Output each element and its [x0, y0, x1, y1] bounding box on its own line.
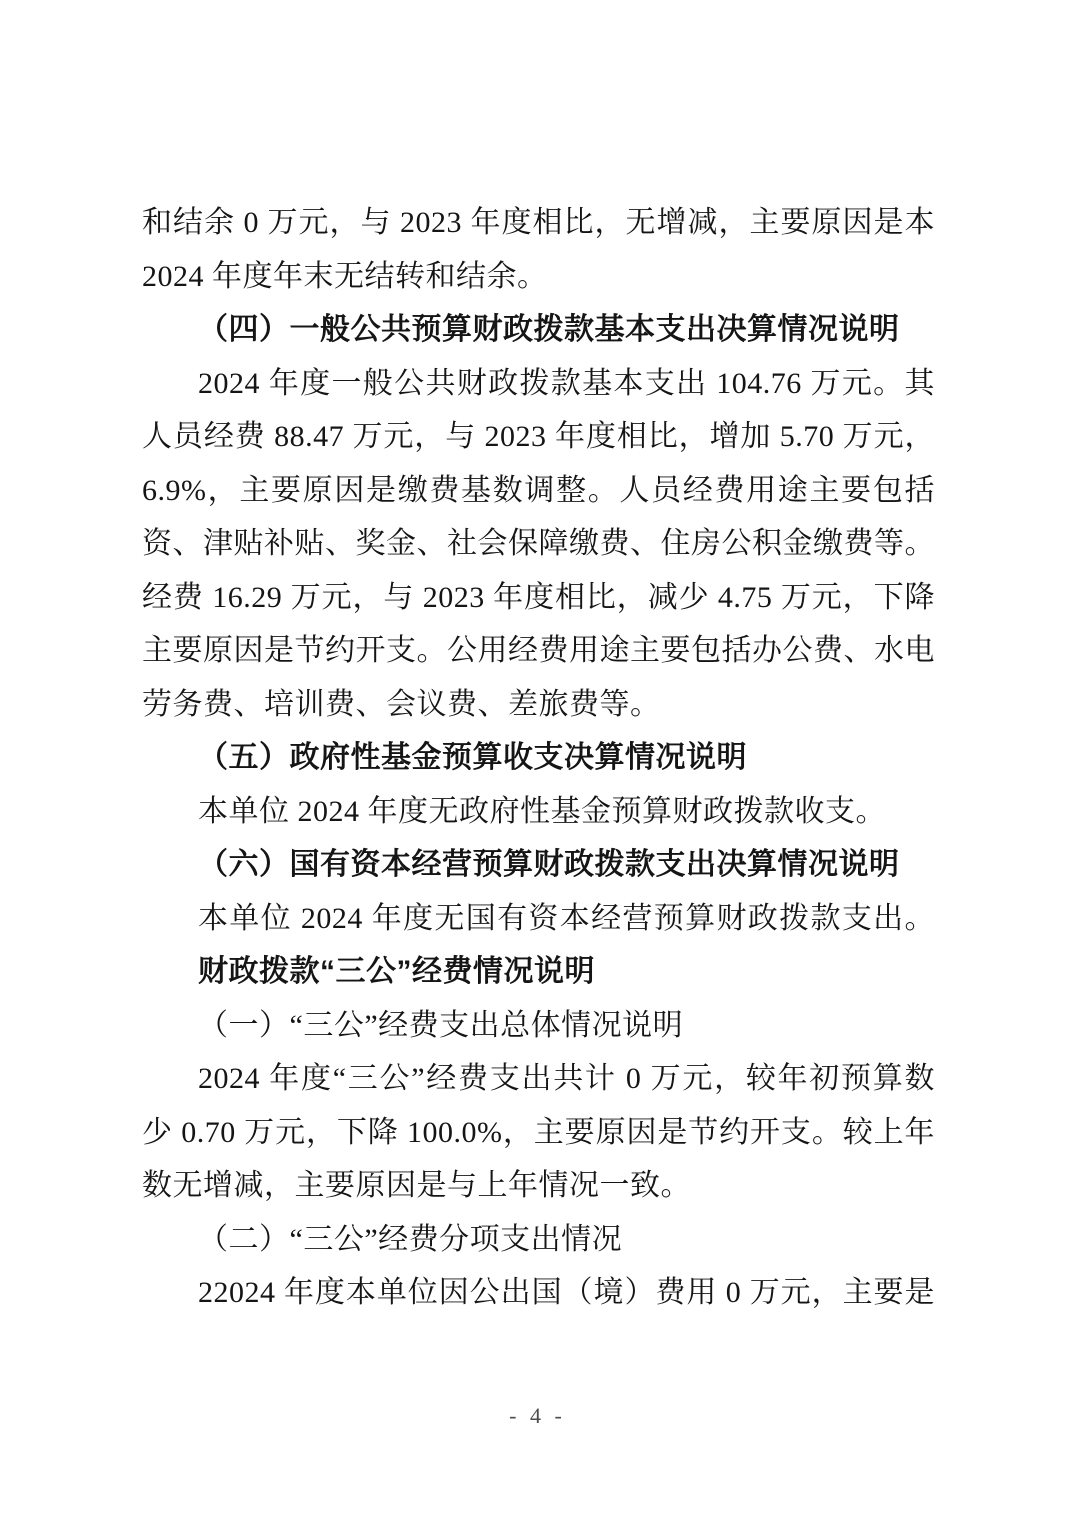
part-3-heading: 财政拨款“三公”经费情况说明	[142, 945, 935, 999]
paragraph-line: 主要原因是节约开支。公用经费用途主要包括办公费、水电费、	[142, 624, 935, 678]
section-heading-4: （四）一般公共预算财政拨款基本支出决算情况说明	[142, 303, 935, 357]
document-page: 和结余 0 万元，与 2023 年度相比，无增减，主要原因是本单位 2024 年…	[0, 0, 1075, 1520]
paragraph-line: 6.9%，主要原因是缴费基数调整。人员经费用途主要包括基本工	[142, 464, 935, 518]
document-body: 和结余 0 万元，与 2023 年度相比，无增减，主要原因是本单位 2024 年…	[142, 196, 935, 1320]
paragraph-line: 少 0.70 万元，下降 100.0%，主要原因是节约开支。较上年支出	[142, 1106, 935, 1160]
paragraph-first-line: 2024 年度一般公共财政拨款基本支出 104.76 万元。其中：	[142, 357, 935, 411]
paragraph-line: 资、津贴补贴、奖金、社会保障缴费、住房公积金缴费等。公用	[142, 517, 935, 571]
paragraph-first-line: 本单位 2024 年度无政府性基金预算财政拨款收支。	[142, 785, 935, 839]
paragraph-first-line: 22024 年度本单位因公出国（境）费用 0 万元，主要是用于	[142, 1266, 935, 1320]
paragraph-line: 人员经费 88.47 万元，与 2023 年度相比，增加 5.70 万元，增长	[142, 410, 935, 464]
paragraph-line: 经费 16.29 万元，与 2023 年度相比，减少 4.75 万元，下降 22…	[142, 571, 935, 625]
subsection-heading-2: （二）“三公”经费分项支出情况	[142, 1213, 935, 1267]
subsection-heading-1: （一）“三公”经费支出总体情况说明	[142, 999, 935, 1053]
section-heading-6: （六）国有资本经营预算财政拨款支出决算情况说明	[142, 838, 935, 892]
paragraph-first-line: 2024 年度“三公”经费支出共计 0 万元，较年初预算数减	[142, 1052, 935, 1106]
paragraph-line: 劳务费、培训费、会议费、差旅费等。	[142, 678, 935, 732]
paragraph-text: 本单位 2024 年度无国有资本经营预算财政拨款支出。	[198, 902, 935, 935]
section-heading-5: （五）政府性基金预算收支决算情况说明	[142, 731, 935, 785]
paragraph-line: 数无增减，主要原因是与上年情况一致。	[142, 1159, 935, 1213]
paragraph-line: 2024 年度年末无结转和结余。	[142, 250, 935, 304]
paragraph-line: 和结余 0 万元，与 2023 年度相比，无增减，主要原因是本单位	[142, 196, 935, 250]
paragraph-first-line: 本单位 2024 年度无国有资本经营预算财政拨款支出。三、	[142, 892, 935, 946]
page-number: - 4 -	[0, 1403, 1075, 1429]
